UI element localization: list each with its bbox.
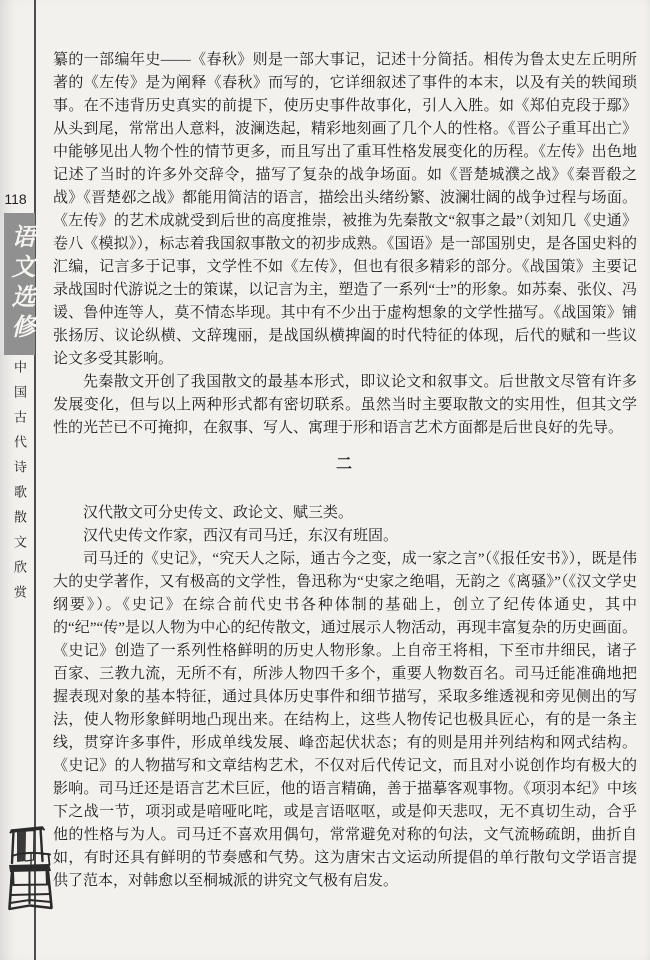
series-title-calligraphy: 语文选修 — [4, 224, 35, 344]
page-number: 118 — [0, 191, 31, 207]
sidebar-divider-line — [34, 0, 36, 960]
paragraph-pre-qin-prose-summary: 先秦散文开创了我国散文的最基本形式，即议论文和叙事文。后世散文尽管有许多发展变化… — [53, 371, 637, 440]
paragraph-sima-qian-shiji: 司马迁的《史记》，“究天人之际，通古今之变，成一家之言”（《报任安书》），既是伟… — [53, 548, 637, 893]
chair-illustration-icon — [5, 823, 57, 915]
body-text: 纂的一部编年史——《春秋》则是一部大事记，记述十分简括。相传为鲁太史左丘明所著的… — [53, 49, 637, 893]
paragraph-han-prose-categories: 汉代散文可分史传文、政论文、赋三类。 — [53, 502, 637, 525]
paragraph-han-historians: 汉代史传文作家，西汉有司马迁，东汉有班固。 — [53, 525, 637, 548]
textbook-page: 118 语文选修 中国古代诗歌散文欣赏 纂的一部编年史——《春秋》 — [0, 0, 650, 960]
section-heading-two: 二 — [53, 453, 637, 476]
series-title-box: 语文选修 — [4, 213, 35, 355]
series-subtitle: 中国古代诗歌散文欣赏 — [10, 360, 29, 610]
paragraph-continued-from-previous-page: 纂的一部编年史——《春秋》则是一部大事记，记述十分简括。相传为鲁太史左丘明所著的… — [53, 49, 637, 371]
